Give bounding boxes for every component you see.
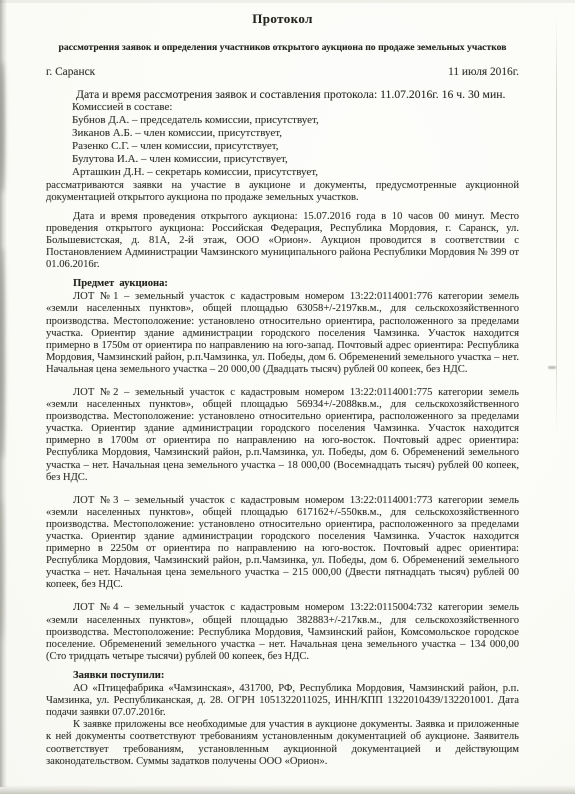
applications-heading: Заявки поступили: bbox=[46, 670, 519, 682]
document-date: 11 июля 2016г. bbox=[448, 66, 519, 79]
paper-crease-line bbox=[556, 18, 557, 438]
commission-member: Разенко С.Г. – член комиссии, присутству… bbox=[46, 140, 519, 153]
document-content: Протокол рассмотрения заявок и определен… bbox=[46, 12, 519, 768]
commission-member: Булутова И.А. – член комиссии, присутств… bbox=[46, 153, 519, 166]
applicant-paragraph: АО «Птицефабрика «Чамзинская», 431700, Р… bbox=[46, 683, 519, 719]
lot-paragraph-3: ЛОТ №3 – земельный участок с кадастровым… bbox=[46, 495, 519, 592]
lot-paragraph-1: ЛОТ №1 – земельный участок с кадастровым… bbox=[46, 291, 519, 376]
lot-paragraph-4: ЛОТ №4 – земельный участок с кадастровым… bbox=[46, 602, 519, 662]
commission-member: Бубнов Д.А. – председатель комиссии, при… bbox=[46, 114, 519, 127]
commission-note: рассматриваются заявки на участие в аукц… bbox=[46, 180, 519, 204]
scan-smudge-left-lower bbox=[0, 500, 4, 640]
auction-details-paragraph: Дата и время проведения открытого аукцио… bbox=[46, 211, 519, 271]
commission-intro: Комиссией в составе: bbox=[46, 101, 519, 114]
commission-block: Комиссией в составе: Бубнов Д.А. – предс… bbox=[46, 101, 519, 180]
scan-smudge-left-middle bbox=[0, 248, 5, 458]
document-title: Протокол bbox=[46, 12, 519, 26]
review-datetime-line: Дата и время рассмотрения заявок и соста… bbox=[46, 88, 519, 101]
document-subtitle: рассмотрения заявок и определения участн… bbox=[46, 42, 519, 53]
place-date-row: г. Саранск 11 июля 2016г. bbox=[46, 66, 519, 79]
commission-member: Арташкин Д.Н. – секретарь комиссии, прис… bbox=[46, 166, 519, 179]
paper-crease-mark bbox=[548, 366, 556, 369]
scan-shadow-top-edge bbox=[0, 0, 575, 3]
scan-smudge-left-upper bbox=[0, 62, 5, 192]
document-place: г. Саранск bbox=[46, 66, 95, 79]
application-assessment-paragraph: К заявке приложены все необходимые для у… bbox=[46, 719, 519, 767]
scanned-document-page: Протокол рассмотрения заявок и определен… bbox=[0, 0, 575, 794]
scan-shadow-bottom-edge bbox=[0, 785, 575, 794]
subject-heading: Предмет аукциона: bbox=[46, 278, 519, 290]
commission-member: Зиканов А.Б. – член комиссии, присутству… bbox=[46, 127, 519, 140]
lot-paragraph-2: ЛОТ №2 – земельный участок с кадастровым… bbox=[46, 387, 519, 484]
